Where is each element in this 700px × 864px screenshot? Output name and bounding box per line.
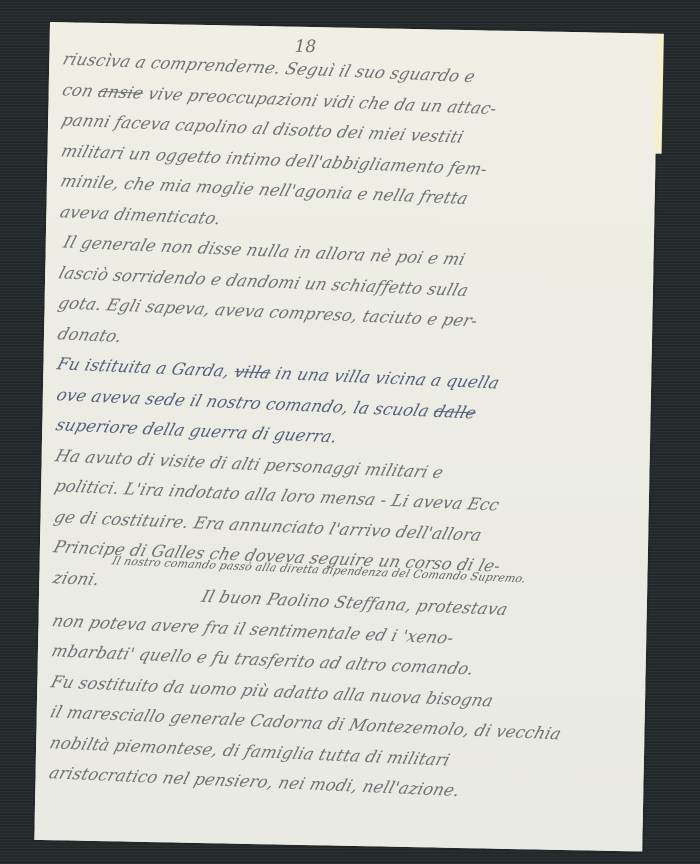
handwritten-text-block: riuscìva a comprenderne. Seguì il suo sg…: [49, 44, 645, 800]
paper-fold-edge: [654, 34, 664, 154]
manuscript-sheet: 18 riuscìva a comprenderne. Seguì il suo…: [34, 22, 658, 852]
